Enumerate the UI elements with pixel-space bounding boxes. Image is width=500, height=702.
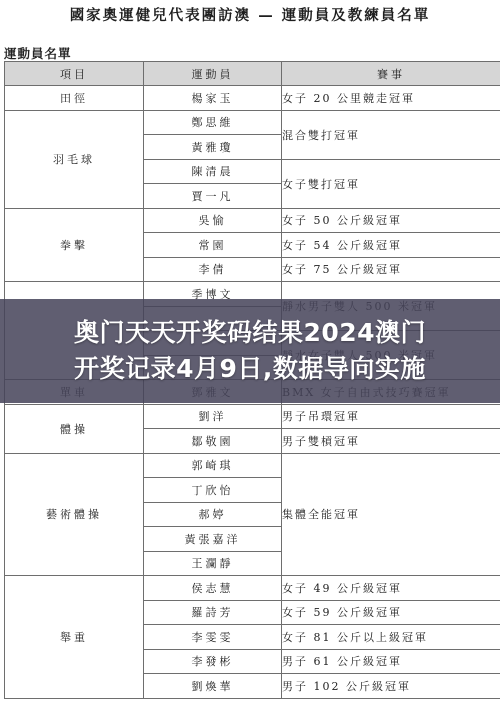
event-cell: 集體全能冠軍 bbox=[282, 453, 500, 576]
table-header-row: 項目 運動員 賽事 bbox=[5, 62, 500, 86]
event-cell: 女子 50 公斤級冠軍 bbox=[282, 208, 500, 233]
table-row: 舉重 侯志慧 女子 49 公斤級冠軍 bbox=[5, 576, 500, 601]
category-cell: 藝術體操 bbox=[5, 453, 144, 576]
column-header-event: 賽事 bbox=[282, 62, 500, 86]
athlete-cell: 丁欣怡 bbox=[144, 478, 282, 503]
athlete-cell: 羅詩芳 bbox=[144, 600, 282, 625]
table-row: 田徑 楊家玉 女子 20 公里競走冠軍 bbox=[5, 86, 500, 111]
athlete-cell: 楊家玉 bbox=[144, 86, 282, 111]
overlay-headline-line-2: 开奖记录4月9日,数据导向实施 bbox=[74, 351, 426, 387]
athlete-cell: 李發彬 bbox=[144, 649, 282, 674]
athlete-cell: 郝婷 bbox=[144, 502, 282, 527]
athlete-cell: 鄒敬園 bbox=[144, 429, 282, 454]
section-title: 運動員名單 bbox=[4, 44, 72, 62]
event-cell: 男子 61 公斤級冠軍 bbox=[282, 649, 500, 674]
athlete-cell: 賈一凡 bbox=[144, 184, 282, 209]
athlete-cell: 郭崎琪 bbox=[144, 453, 282, 478]
table-row: 羽毛球 鄭思維 混合雙打冠軍 bbox=[5, 110, 500, 135]
event-cell: 女子 54 公斤級冠軍 bbox=[282, 233, 500, 258]
athlete-cell: 李倩 bbox=[144, 257, 282, 282]
event-cell: 女子 59 公斤級冠軍 bbox=[282, 600, 500, 625]
event-cell: 女子 49 公斤級冠軍 bbox=[282, 576, 500, 601]
athlete-cell: 劉煥華 bbox=[144, 674, 282, 699]
event-cell: 女子 20 公里競走冠軍 bbox=[282, 86, 500, 111]
category-cell: 拳擊 bbox=[5, 208, 144, 282]
event-cell: 女子雙打冠軍 bbox=[282, 159, 500, 208]
athlete-cell: 黃雅瓊 bbox=[144, 135, 282, 160]
category-cell: 羽毛球 bbox=[5, 110, 144, 208]
athlete-cell: 黃張嘉洋 bbox=[144, 527, 282, 552]
event-cell: 男子雙槓冠軍 bbox=[282, 429, 500, 454]
athlete-cell: 劉洋 bbox=[144, 404, 282, 429]
event-cell: 混合雙打冠軍 bbox=[282, 110, 500, 159]
athlete-cell: 吳愉 bbox=[144, 208, 282, 233]
category-cell: 體操 bbox=[5, 404, 144, 453]
headline-overlay-banner: 奥门天天开奖码结果2024澳门 开奖记录4月9日,数据导向实施 bbox=[0, 299, 500, 403]
event-cell: 男子 102 公斤級冠軍 bbox=[282, 674, 500, 699]
table-row: 拳擊 吳愉 女子 50 公斤級冠軍 bbox=[5, 208, 500, 233]
event-cell: 男子吊環冠軍 bbox=[282, 404, 500, 429]
athlete-cell: 陳清晨 bbox=[144, 159, 282, 184]
athlete-cell: 常園 bbox=[144, 233, 282, 258]
athlete-cell: 鄭思維 bbox=[144, 110, 282, 135]
table-row: 體操 劉洋 男子吊環冠軍 bbox=[5, 404, 500, 429]
table-row: 藝術體操 郭崎琪 集體全能冠軍 bbox=[5, 453, 500, 478]
athlete-cell: 王瀾靜 bbox=[144, 551, 282, 576]
athlete-cell: 李雯雯 bbox=[144, 625, 282, 650]
category-cell: 舉重 bbox=[5, 576, 144, 699]
event-cell: 女子 75 公斤級冠軍 bbox=[282, 257, 500, 282]
document-title: 國家奧運健兒代表團訪澳 — 運動員及教練員名單 bbox=[0, 4, 500, 25]
overlay-headline-line-1: 奥门天天开奖码结果2024澳门 bbox=[74, 315, 426, 351]
column-header-category: 項目 bbox=[5, 62, 144, 86]
column-header-athlete: 運動員 bbox=[144, 62, 282, 86]
event-cell: 女子 81 公斤以上級冠軍 bbox=[282, 625, 500, 650]
category-cell: 田徑 bbox=[5, 86, 144, 111]
athlete-cell: 侯志慧 bbox=[144, 576, 282, 601]
